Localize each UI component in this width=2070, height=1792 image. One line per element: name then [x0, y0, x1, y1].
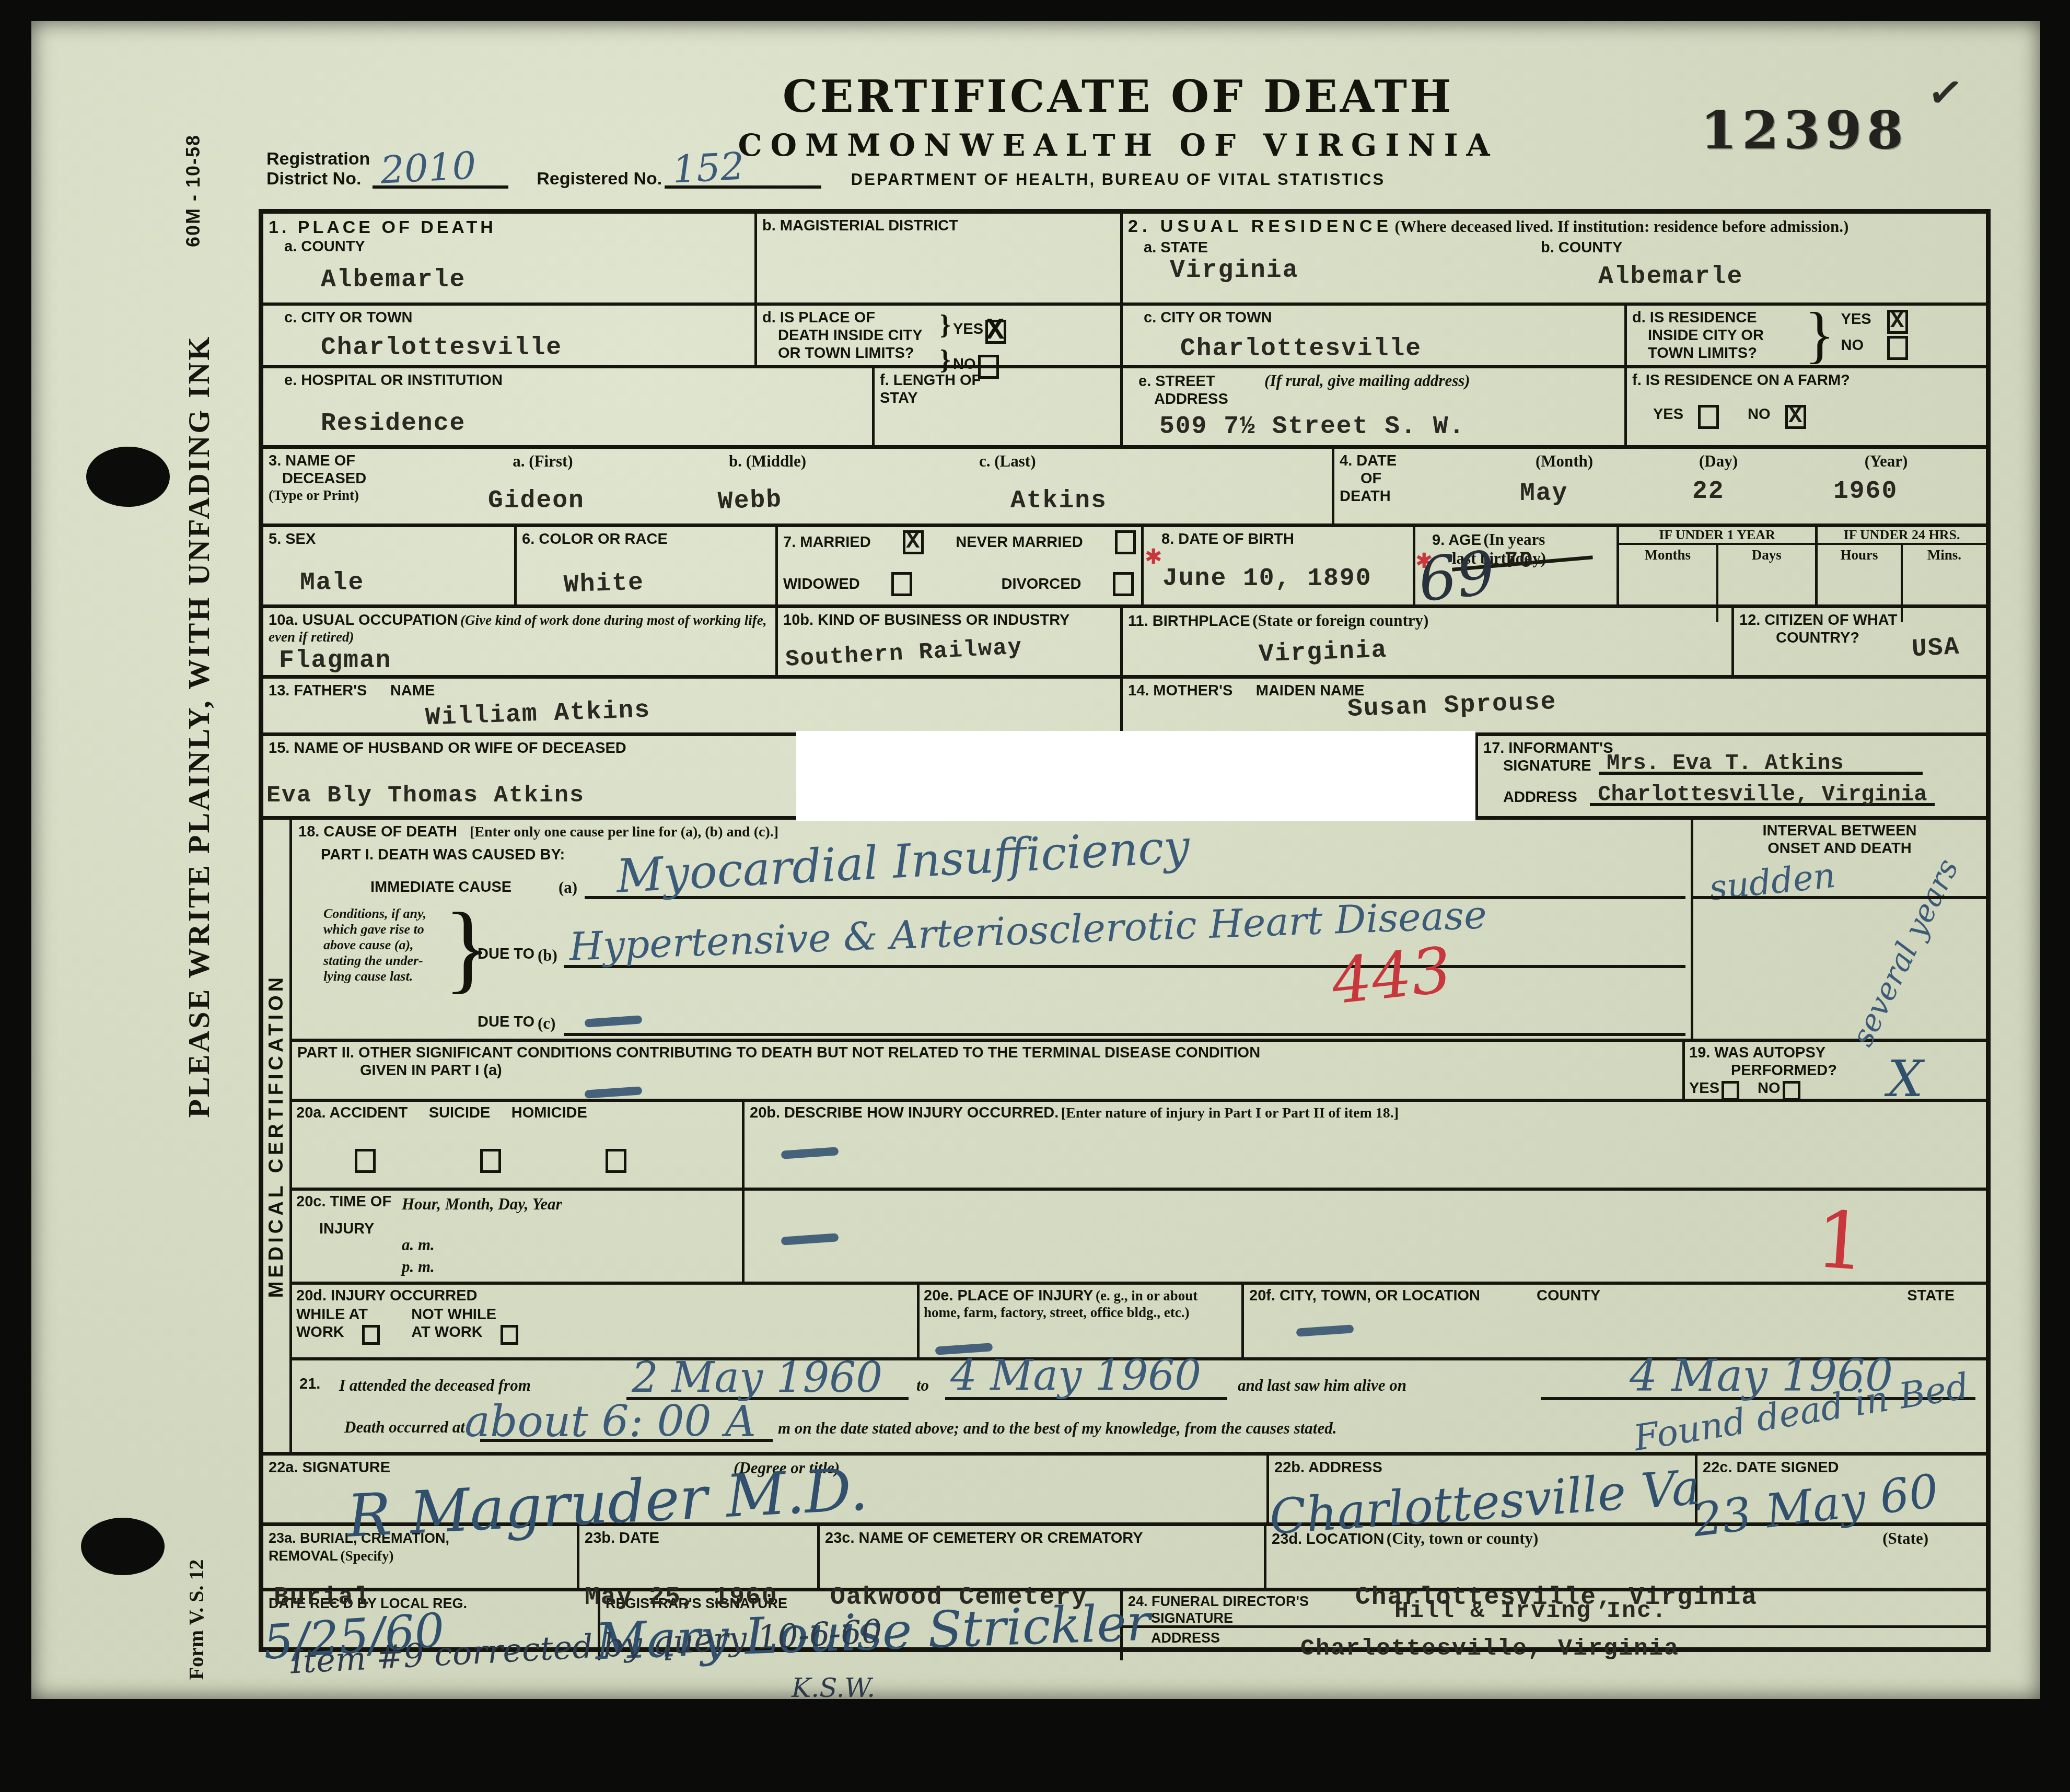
field-residence-inside-limits: d. IS RESIDENCE INSIDE CITY OR TOWN LIMI…: [1627, 306, 1986, 365]
burial-location-value: Charlottesville, Virginia: [1355, 1584, 1758, 1612]
brace-glyph: }: [1805, 309, 1835, 362]
father-value: William Atkins: [425, 696, 651, 732]
burial-state-paren: (State): [1882, 1529, 1928, 1548]
month-label: (Month): [1478, 452, 1650, 471]
death-limits-yes-mark: X: [986, 314, 1004, 348]
day-label: (Day): [1650, 452, 1786, 471]
death-limits-label-3: OR TOWN LIMITS?: [778, 344, 940, 362]
residence-limits-label-2: INSIDE CITY OR: [1648, 327, 1805, 344]
field-county-of-death: 1. PLACE OF DEATH a. COUNTY Albemarle: [263, 214, 757, 302]
field-marital-status: 7. MARRIED X NEVER MARRIED WIDOWED DIVOR…: [778, 527, 1144, 604]
county-label: a. COUNTY: [284, 238, 749, 255]
widowed-checkbox: [891, 572, 912, 596]
interval-column: INTERVAL BETWEEN ONSET AND DEATH sudden …: [1693, 820, 1986, 1039]
industry-value: Southern Railway: [785, 634, 1023, 673]
residence-limits-label-3: TOWN LIMITS?: [1648, 344, 1805, 362]
registration-district-label-2: District No.: [266, 169, 361, 189]
margin-form-number: Form V. S. 12: [184, 1560, 208, 1680]
death-time-value: about 6: 00 A: [464, 1397, 756, 1447]
informant-signature-field: Mrs. Eva T. Atkins: [1599, 761, 1923, 775]
field-informant: 17. INFORMANT'S SIGNATURE Mrs. Eva T. At…: [1475, 736, 1986, 816]
department-line: DEPARTMENT OF HEALTH, BUREAU OF VITAL ST…: [726, 170, 1510, 189]
homicide-checkbox: [606, 1149, 626, 1173]
burial-label-2: REMOVAL: [269, 1548, 338, 1564]
redaction-box: [796, 731, 1475, 821]
part1-label: PART I. DEATH WAS CAUSED BY:: [321, 846, 565, 864]
state-label: a. STATE: [1144, 239, 1541, 257]
residence-limits-label-1: d. IS RESIDENCE: [1632, 309, 1805, 327]
residence-limits-no-checkbox: [1887, 336, 1908, 360]
death-year-value: 1960: [1833, 478, 1898, 506]
farm-no-label: NO: [1748, 406, 1771, 423]
death-day-value: 22: [1692, 478, 1725, 506]
magisterial-district-label: b. MAGISTERIAL DISTRICT: [762, 217, 1115, 235]
field-citizen: 12. CITIZEN OF WHAT COUNTRY? USA: [1734, 608, 1986, 675]
attended-to-word: to: [916, 1376, 929, 1395]
conditions-note: Conditions, if any, which gave rise to a…: [323, 906, 444, 984]
injury-occurred-label: 20d. INJURY OCCURRED: [296, 1287, 913, 1305]
date-of-death-label-1: 4. DATE: [1340, 452, 1473, 470]
due-to-b-label: DUE TO: [478, 945, 534, 963]
field-physician-address: 22b. ADDRESS Charlottesville Va: [1269, 1456, 1697, 1522]
part2-label-2: GIVEN IN PART I (a): [360, 1062, 502, 1079]
length-of-stay-label-2: STAY: [880, 389, 1115, 407]
accident-checkbox: [355, 1149, 376, 1173]
suicide-label: SUICIDE: [429, 1104, 491, 1121]
pm-label: p. m.: [402, 1258, 435, 1276]
cause-c-line: [564, 1033, 1685, 1036]
field-mother: 14. MOTHER'S MAIDEN NAME Susan Sprouse: [1123, 679, 1986, 732]
part2-label: PART II. OTHER SIGNIFICANT CONDITIONS CO…: [297, 1044, 1677, 1062]
first-name-value: Gideon: [488, 487, 585, 515]
field-date-of-death: 4. DATE OF DEATH (Month) May (Day) 22 (Y…: [1334, 449, 1986, 523]
certificate-header: CERTIFICATE OF DEATH COMMONWEALTH OF VIR…: [726, 71, 1510, 189]
last-name-label: c. (Last): [979, 452, 1327, 471]
row-part2-autopsy: PART II. OTHER SIGNIFICANT CONDITIONS CO…: [292, 1042, 1986, 1102]
attended-from-value: 2 May 1960: [632, 1353, 882, 1402]
field-residence-farm: f. IS RESIDENCE ON A FARM? YES NO X: [1627, 368, 1986, 445]
father-label-2: NAME: [390, 682, 435, 700]
while-at-label: WHILE AT: [296, 1306, 380, 1323]
interval-a-value: sudden: [1707, 855, 1838, 909]
accident-label: 20a. ACCIDENT: [296, 1104, 408, 1121]
field-if-under-1-year: IF UNDER 1 YEAR Months Days: [1619, 527, 1818, 604]
field-date-of-birth: ✱ 8. DATE OF BIRTH June 10, 1890: [1144, 527, 1415, 604]
death-limits-label-1: d. IS PLACE OF: [762, 309, 940, 327]
field-name-label: 3. NAME OF DECEASED (Type or Print): [263, 449, 431, 523]
correction-note-initials: K.S.W.: [792, 1673, 882, 1703]
dash-mark: [781, 1147, 839, 1159]
married-checkbox: X: [903, 530, 924, 554]
field-magisterial-district: b. MAGISTERIAL DISTRICT: [757, 214, 1120, 302]
residence-limits-yes-checkbox: X: [1887, 310, 1908, 334]
burial-value: Burial: [274, 1584, 370, 1612]
dob-label: 8. DATE OF BIRTH: [1161, 530, 1408, 548]
injury-city-label: 20f. CITY, TOWN, OR LOCATION: [1249, 1287, 1480, 1304]
registered-no-label: Registered No.: [537, 169, 662, 189]
dash-mark: [585, 1015, 643, 1028]
county-of-death-value: Albemarle: [321, 266, 466, 294]
hospital-value: Residence: [321, 410, 466, 438]
dash-mark: [1296, 1324, 1354, 1337]
field-hospital: e. HOSPITAL OR INSTITUTION Residence: [263, 368, 875, 445]
field-accident-type: 20a. ACCIDENT SUICIDE HOMICIDE: [292, 1102, 745, 1188]
residence-limits-yes-mark: X: [1890, 308, 1904, 334]
physician-address-label: 22b. ADDRESS: [1274, 1459, 1382, 1476]
informant-address-label: ADDRESS: [1503, 789, 1577, 806]
city-of-death-label: c. CITY OR TOWN: [284, 309, 749, 327]
street-paren: (If rural, give mailing address): [1264, 371, 1470, 390]
industry-label: 10b. KIND OF BUSINESS OR INDUSTRY: [783, 611, 1115, 629]
death-occurred-text-2: m on the date stated above; and to the b…: [778, 1419, 1336, 1438]
field-if-under-24-hrs: IF UNDER 24 HRS. Hours Mins.: [1818, 527, 1986, 604]
occupation-label: 10a. USUAL OCCUPATION: [269, 612, 458, 629]
field-street-address: e. STREET (If rural, give mailing addres…: [1123, 368, 1627, 445]
name-label-1: 3. NAME OF: [269, 452, 425, 470]
residence-limits-no-label: NO: [1841, 337, 1864, 354]
usual-residence-paren: (Where deceased lived. If institution: r…: [1395, 217, 1849, 236]
field-residence-city: c. CITY OR TOWN Charlottesville: [1123, 306, 1627, 365]
death-limits-yes-label: YES: [953, 321, 983, 338]
red-tick-mark: 1: [1813, 1194, 1869, 1288]
residence-limits-yes-label: YES: [1841, 311, 1871, 328]
row-physician-signature: 22a. SIGNATURE (Degree or title) R Magru…: [263, 1456, 1986, 1526]
farm-label: f. IS RESIDENCE ON A FARM?: [1632, 371, 1981, 389]
spouse-value: Eva Bly Thomas Atkins: [266, 782, 585, 809]
street-address-value: 509 7½ Street S. W.: [1159, 413, 1465, 441]
spouse-label: 15. NAME OF HUSBAND OR WIFE OF DECEASED: [269, 739, 791, 757]
homicide-label: HOMICIDE: [511, 1104, 587, 1121]
field-attended-statement: 21. I attended the deceased from 2 May 1…: [292, 1360, 1986, 1452]
street-label-1: e. STREET: [1138, 373, 1215, 390]
death-limits-yes-checkbox: X: [985, 320, 1006, 344]
cause-a-tag: (a): [559, 878, 577, 897]
field-first-name: a. (First) Gideon: [431, 449, 655, 523]
attended-text-2: and last saw him alive on: [1238, 1376, 1406, 1395]
citizen-label-2: COUNTRY?: [1776, 629, 1859, 647]
name-label-2: DECEASED: [282, 470, 425, 487]
place-injury-label: 20e. PLACE OF INJURY: [924, 1287, 1093, 1304]
punch-hole-bottom: [81, 1518, 165, 1575]
citizen-label-1: 12. CITIZEN OF WHAT: [1739, 611, 1981, 629]
correction-note: Item #9 corrected by query 10-6-60 K.S.W…: [290, 1627, 882, 1703]
row-time-of-injury: 20c. TIME OF Hour, Month, Day, Year INJU…: [292, 1191, 1986, 1285]
medical-certification-label: MEDICAL CERTIFICATION: [265, 974, 288, 1298]
medical-certification-body: 18. CAUSE OF DEATH [Enter only one cause…: [292, 820, 1986, 1452]
field-birthplace: 11. BIRTHPLACE (State or foreign country…: [1123, 608, 1734, 675]
informant-label-2: SIGNATURE: [1503, 758, 1591, 774]
residence-state-value: Virginia: [1170, 257, 1298, 285]
interval-label-1: INTERVAL BETWEEN: [1693, 822, 1986, 840]
age-corrected-value: 69: [1415, 538, 1498, 616]
age-typed-value: 70: [1504, 548, 1534, 574]
married-mark: X: [906, 529, 920, 555]
mother-label-1: 14. MOTHER'S: [1128, 682, 1232, 699]
time-injury-label-2: INJURY: [319, 1220, 738, 1238]
age-label-paren: (In years: [1483, 530, 1545, 549]
cause-bracket: [Enter only one cause per line for (a), …: [470, 824, 778, 841]
time-injury-label-1: 20c. TIME OF: [296, 1193, 391, 1210]
residence-county-value: Albemarle: [1598, 263, 1743, 291]
field-race: 6. COLOR OR RACE White: [517, 527, 778, 604]
field-middle-name: b. (Middle) Webb: [655, 449, 880, 523]
work-label: WORK: [296, 1324, 344, 1341]
death-occurred-text: Death occurred at: [344, 1418, 465, 1437]
field-injury-description: 20b. DESCRIBE HOW INJURY OCCURRED. [Ente…: [745, 1102, 1986, 1188]
last-name-value: Atkins: [1010, 487, 1107, 515]
farm-no-checkbox: X: [1785, 405, 1806, 429]
brace-glyph: }: [940, 310, 951, 340]
injury-state-label: STATE: [1907, 1287, 1955, 1305]
date-of-death-label-3: DEATH: [1340, 487, 1473, 505]
father-label-1: 13. FATHER'S: [269, 682, 367, 699]
row-sex-race-marital-birth-age: 5. SEX Male 6. COLOR OR RACE White 7. MA…: [263, 527, 1986, 608]
middle-name-value: Webb: [717, 486, 783, 516]
time-injury-blank: 1: [745, 1191, 1986, 1282]
field-cemetery: 23c. NAME OF CEMETERY OR CREMATORY Oakwo…: [820, 1526, 1266, 1588]
signature-label: 22a. SIGNATURE: [269, 1459, 390, 1476]
farm-yes-label: YES: [1653, 406, 1683, 423]
certificate-paper: 60M - 10-58 PLEASE WRITE PLAINLY, WITH U…: [31, 21, 2040, 1699]
burial-paren: (Specify): [340, 1548, 393, 1564]
registration-district-label-1: Registration: [266, 149, 370, 169]
row-spouse-informant: 15. NAME OF HUSBAND OR WIFE OF DECEASED …: [263, 736, 1986, 820]
cause-a-line: [585, 896, 1685, 899]
mother-value: Susan Sprouse: [1347, 688, 1557, 724]
length-of-stay-label-1: f. LENGTH OF: [880, 371, 1115, 389]
field-residence-county: b. COUNTY Albemarle: [1541, 239, 1986, 302]
field-father: 13. FATHER'S NAME William Atkins: [263, 679, 1123, 732]
place-of-death-label: 1. PLACE OF DEATH: [269, 217, 749, 238]
field-industry: 10b. KIND OF BUSINESS OR INDUSTRY Southe…: [778, 608, 1123, 675]
autopsy-label-1: 19. WAS AUTOPSY: [1689, 1044, 1982, 1062]
at-work-label: AT WORK: [411, 1324, 482, 1341]
attended-to-value: 4 May 1960: [950, 1351, 1201, 1400]
row-accident: 20a. ACCIDENT SUICIDE HOMICIDE 20b. DESC…: [292, 1102, 1986, 1191]
birthplace-value: Virginia: [1258, 636, 1388, 669]
married-label: 7. MARRIED: [783, 533, 871, 551]
margin-print-code: 60M - 10-58: [182, 134, 204, 247]
autopsy-no-checkbox: [1783, 1081, 1800, 1101]
injury-desc-bracket: [Enter nature of injury in Part I or Par…: [1061, 1105, 1399, 1121]
field-autopsy: 19. WAS AUTOPSY PERFORMED? YES NO X: [1685, 1042, 1986, 1099]
name-label-3: (Type or Print): [269, 487, 425, 504]
registration-district-value: 2010: [379, 143, 477, 192]
field-age: ✱ 9. AGE (In years last birthday) 70 69: [1415, 527, 1619, 604]
checkmark-annotation: ✓: [1925, 66, 1966, 119]
never-married-label: NEVER MARRIED: [956, 533, 1083, 551]
race-value: White: [563, 568, 645, 599]
punch-hole-top: [86, 447, 170, 507]
autopsy-yes-checkbox: [1722, 1081, 1739, 1101]
race-label: 6. COLOR OR RACE: [522, 530, 770, 548]
row-occupation-birthplace: 10a. USUAL OCCUPATION (Give kind of work…: [263, 608, 1986, 679]
field-injury-city: 20f. CITY, TOWN, OR LOCATION COUNTY STAT…: [1244, 1285, 1986, 1357]
interval-label-2: ONSET AND DEATH: [1693, 840, 1986, 857]
dash-mark: [585, 1086, 643, 1099]
dob-value: June 10, 1890: [1162, 565, 1371, 593]
field-death-inside-limits: d. IS PLACE OF DEATH INSIDE CITY OR TOWN…: [757, 306, 1120, 365]
field-physician-signature: 22a. SIGNATURE (Degree or title) R Magru…: [263, 1456, 1269, 1522]
death-limits-label-2: DEATH INSIDE CITY: [778, 327, 940, 344]
farm-yes-checkbox: [1698, 405, 1719, 429]
divorced-label: DIVORCED: [1001, 575, 1081, 593]
date-signed-label: 22c. DATE SIGNED: [1703, 1459, 1839, 1476]
field-spouse: 15. NAME OF HUSBAND OR WIFE OF DECEASED …: [263, 736, 796, 816]
sex-value: Male: [300, 569, 364, 597]
row-parents: 13. FATHER'S NAME William Atkins 14. MOT…: [263, 679, 1986, 736]
funeral-address-label: ADDRESS: [1151, 1630, 1220, 1646]
registration-district-field: 2010: [373, 175, 508, 189]
field-time-of-injury: 20c. TIME OF Hour, Month, Day, Year INJU…: [292, 1191, 745, 1282]
residence-county-label: b. COUNTY: [1541, 239, 1986, 257]
injury-county-label: COUNTY: [1537, 1287, 1600, 1305]
informant-signature-value: Mrs. Eva T. Atkins: [1607, 751, 1844, 776]
sex-label: 5. SEX: [269, 530, 509, 548]
autopsy-no-label: NO: [1758, 1080, 1781, 1097]
cause-c-tag: (c): [538, 1014, 555, 1033]
first-name-label: a. (First): [436, 452, 650, 471]
interval-line: [1693, 896, 1986, 899]
field-place-of-injury: 20e. PLACE OF INJURY (e. g., in or about…: [920, 1285, 1244, 1357]
year-label: (Year): [1786, 452, 1986, 471]
informant-address-value: Charlottesville, Virginia: [1598, 782, 1927, 807]
attended-num: 21.: [299, 1375, 320, 1393]
cause-b-line: [564, 965, 1685, 968]
death-month-value: May: [1520, 480, 1568, 508]
autopsy-no-mark: X: [1888, 1050, 1923, 1108]
injury-desc-label: 20b. DESCRIBE HOW INJURY OCCURRED.: [750, 1104, 1059, 1121]
certificate-form: 1. PLACE OF DEATH a. COUNTY Albemarle b.…: [259, 209, 1991, 1652]
suicide-checkbox: [480, 1149, 501, 1173]
autopsy-label-2: PERFORMED?: [1731, 1062, 1837, 1079]
margin-instruction: PLEASE WRITE PLAINLY, WITH UNFADING INK: [181, 335, 216, 1118]
dash-mark: [781, 1233, 839, 1246]
farm-no-mark: X: [1788, 403, 1802, 429]
medical-certification-section: MEDICAL CERTIFICATION 18. CAUSE OF DEATH…: [263, 820, 1986, 1456]
medical-certification-strip: MEDICAL CERTIFICATION: [263, 820, 292, 1452]
attended-text-1: I attended the deceased from: [339, 1376, 531, 1395]
field-last-name: c. (Last) Atkins: [880, 449, 1334, 523]
not-while-label: NOT WHILE: [411, 1306, 518, 1323]
date-of-death-label-2: OF: [1360, 470, 1473, 487]
never-married-checkbox: [1115, 530, 1136, 554]
informant-address-field: Charlottesville, Virginia: [1590, 793, 1935, 806]
widowed-label: WIDOWED: [783, 575, 860, 593]
cause-content: 18. CAUSE OF DEATH [Enter only one cause…: [292, 820, 1693, 1039]
field-sex: 5. SEX Male: [263, 527, 517, 604]
birthplace-paren: (State or foreign country): [1252, 611, 1428, 630]
street-label-2: ADDRESS: [1154, 390, 1619, 408]
usual-residence-half: 2. USUAL RESIDENCE (Where deceased lived…: [1123, 214, 1986, 445]
due-to-c-label: DUE TO: [478, 1013, 534, 1031]
autopsy-yes-label: YES: [1689, 1080, 1719, 1097]
row-place-residence: 1. PLACE OF DEATH a. COUNTY Albemarle b.…: [263, 214, 1986, 449]
certificate-number-stamp: 12398: [1701, 99, 1909, 161]
while-at-work-checkbox: [362, 1325, 380, 1345]
field-part2: PART II. OTHER SIGNIFICANT CONDITIONS CO…: [292, 1042, 1685, 1099]
residence-city-value: Charlottesville: [1180, 335, 1422, 363]
hospital-label: e. HOSPITAL OR INSTITUTION: [284, 371, 867, 389]
birthplace-label: 11. BIRTHPLACE: [1128, 613, 1250, 630]
usual-residence-label: 2. USUAL RESIDENCE: [1128, 216, 1392, 236]
under-1-year-label: IF UNDER 1 YEAR: [1619, 527, 1815, 545]
field-residence-state: a. STATE Virginia: [1123, 239, 1541, 302]
cause-label: 18. CAUSE OF DEATH: [298, 823, 457, 841]
field-date-signed: 22c. DATE SIGNED 23 May 60: [1697, 1456, 1986, 1522]
row-injury-location: 20d. INJURY OCCURRED WHILE AT WORK NOT W…: [292, 1285, 1986, 1360]
red-asterisk-icon: ✱: [1145, 545, 1162, 569]
interval-b-value: several years: [1844, 853, 1966, 1052]
middle-name-label: b. (Middle): [660, 452, 875, 471]
residence-city-label: c. CITY OR TOWN: [1144, 309, 1619, 327]
cause-code-value: 443: [1328, 934, 1455, 1018]
occupation-value: Flagman: [279, 647, 392, 675]
funeral-label-2: SIGNATURE: [1151, 1610, 1233, 1626]
commonwealth-subtitle: COMMONWEALTH OF VIRGINIA: [726, 127, 1510, 163]
cause-b-tag: (b): [538, 946, 557, 965]
place-of-death-half: 1. PLACE OF DEATH a. COUNTY Albemarle b.…: [263, 214, 1123, 445]
citizen-value: USA: [1911, 633, 1960, 664]
divorced-checkbox: [1113, 572, 1134, 596]
city-of-death-value: Charlottesville: [321, 334, 562, 362]
not-while-at-work-checkbox: [501, 1325, 518, 1345]
row-name-date-of-death: 3. NAME OF DECEASED (Type or Print) a. (…: [263, 449, 1986, 527]
cemetery-label: 23c. NAME OF CEMETERY OR CREMATORY: [825, 1529, 1259, 1547]
field-injury-occurred: 20d. INJURY OCCURRED WHILE AT WORK NOT W…: [292, 1285, 920, 1357]
time-injury-hour-label: Hour, Month, Day, Year: [402, 1195, 562, 1214]
funeral-address-value: Charlottesville, Virginia: [1300, 1635, 1679, 1662]
certificate-title: CERTIFICATE OF DEATH: [726, 71, 1510, 122]
field-cause-of-death: 18. CAUSE OF DEATH [Enter only one cause…: [292, 820, 1986, 1042]
under-24-label: IF UNDER 24 HRS.: [1818, 527, 1986, 545]
field-length-of-stay: f. LENGTH OF STAY: [875, 368, 1120, 445]
field-city-of-death: c. CITY OR TOWN Charlottesville: [263, 306, 757, 365]
field-occupation: 10a. USUAL OCCUPATION (Give kind of work…: [263, 608, 778, 675]
am-label: a. m.: [402, 1236, 435, 1254]
